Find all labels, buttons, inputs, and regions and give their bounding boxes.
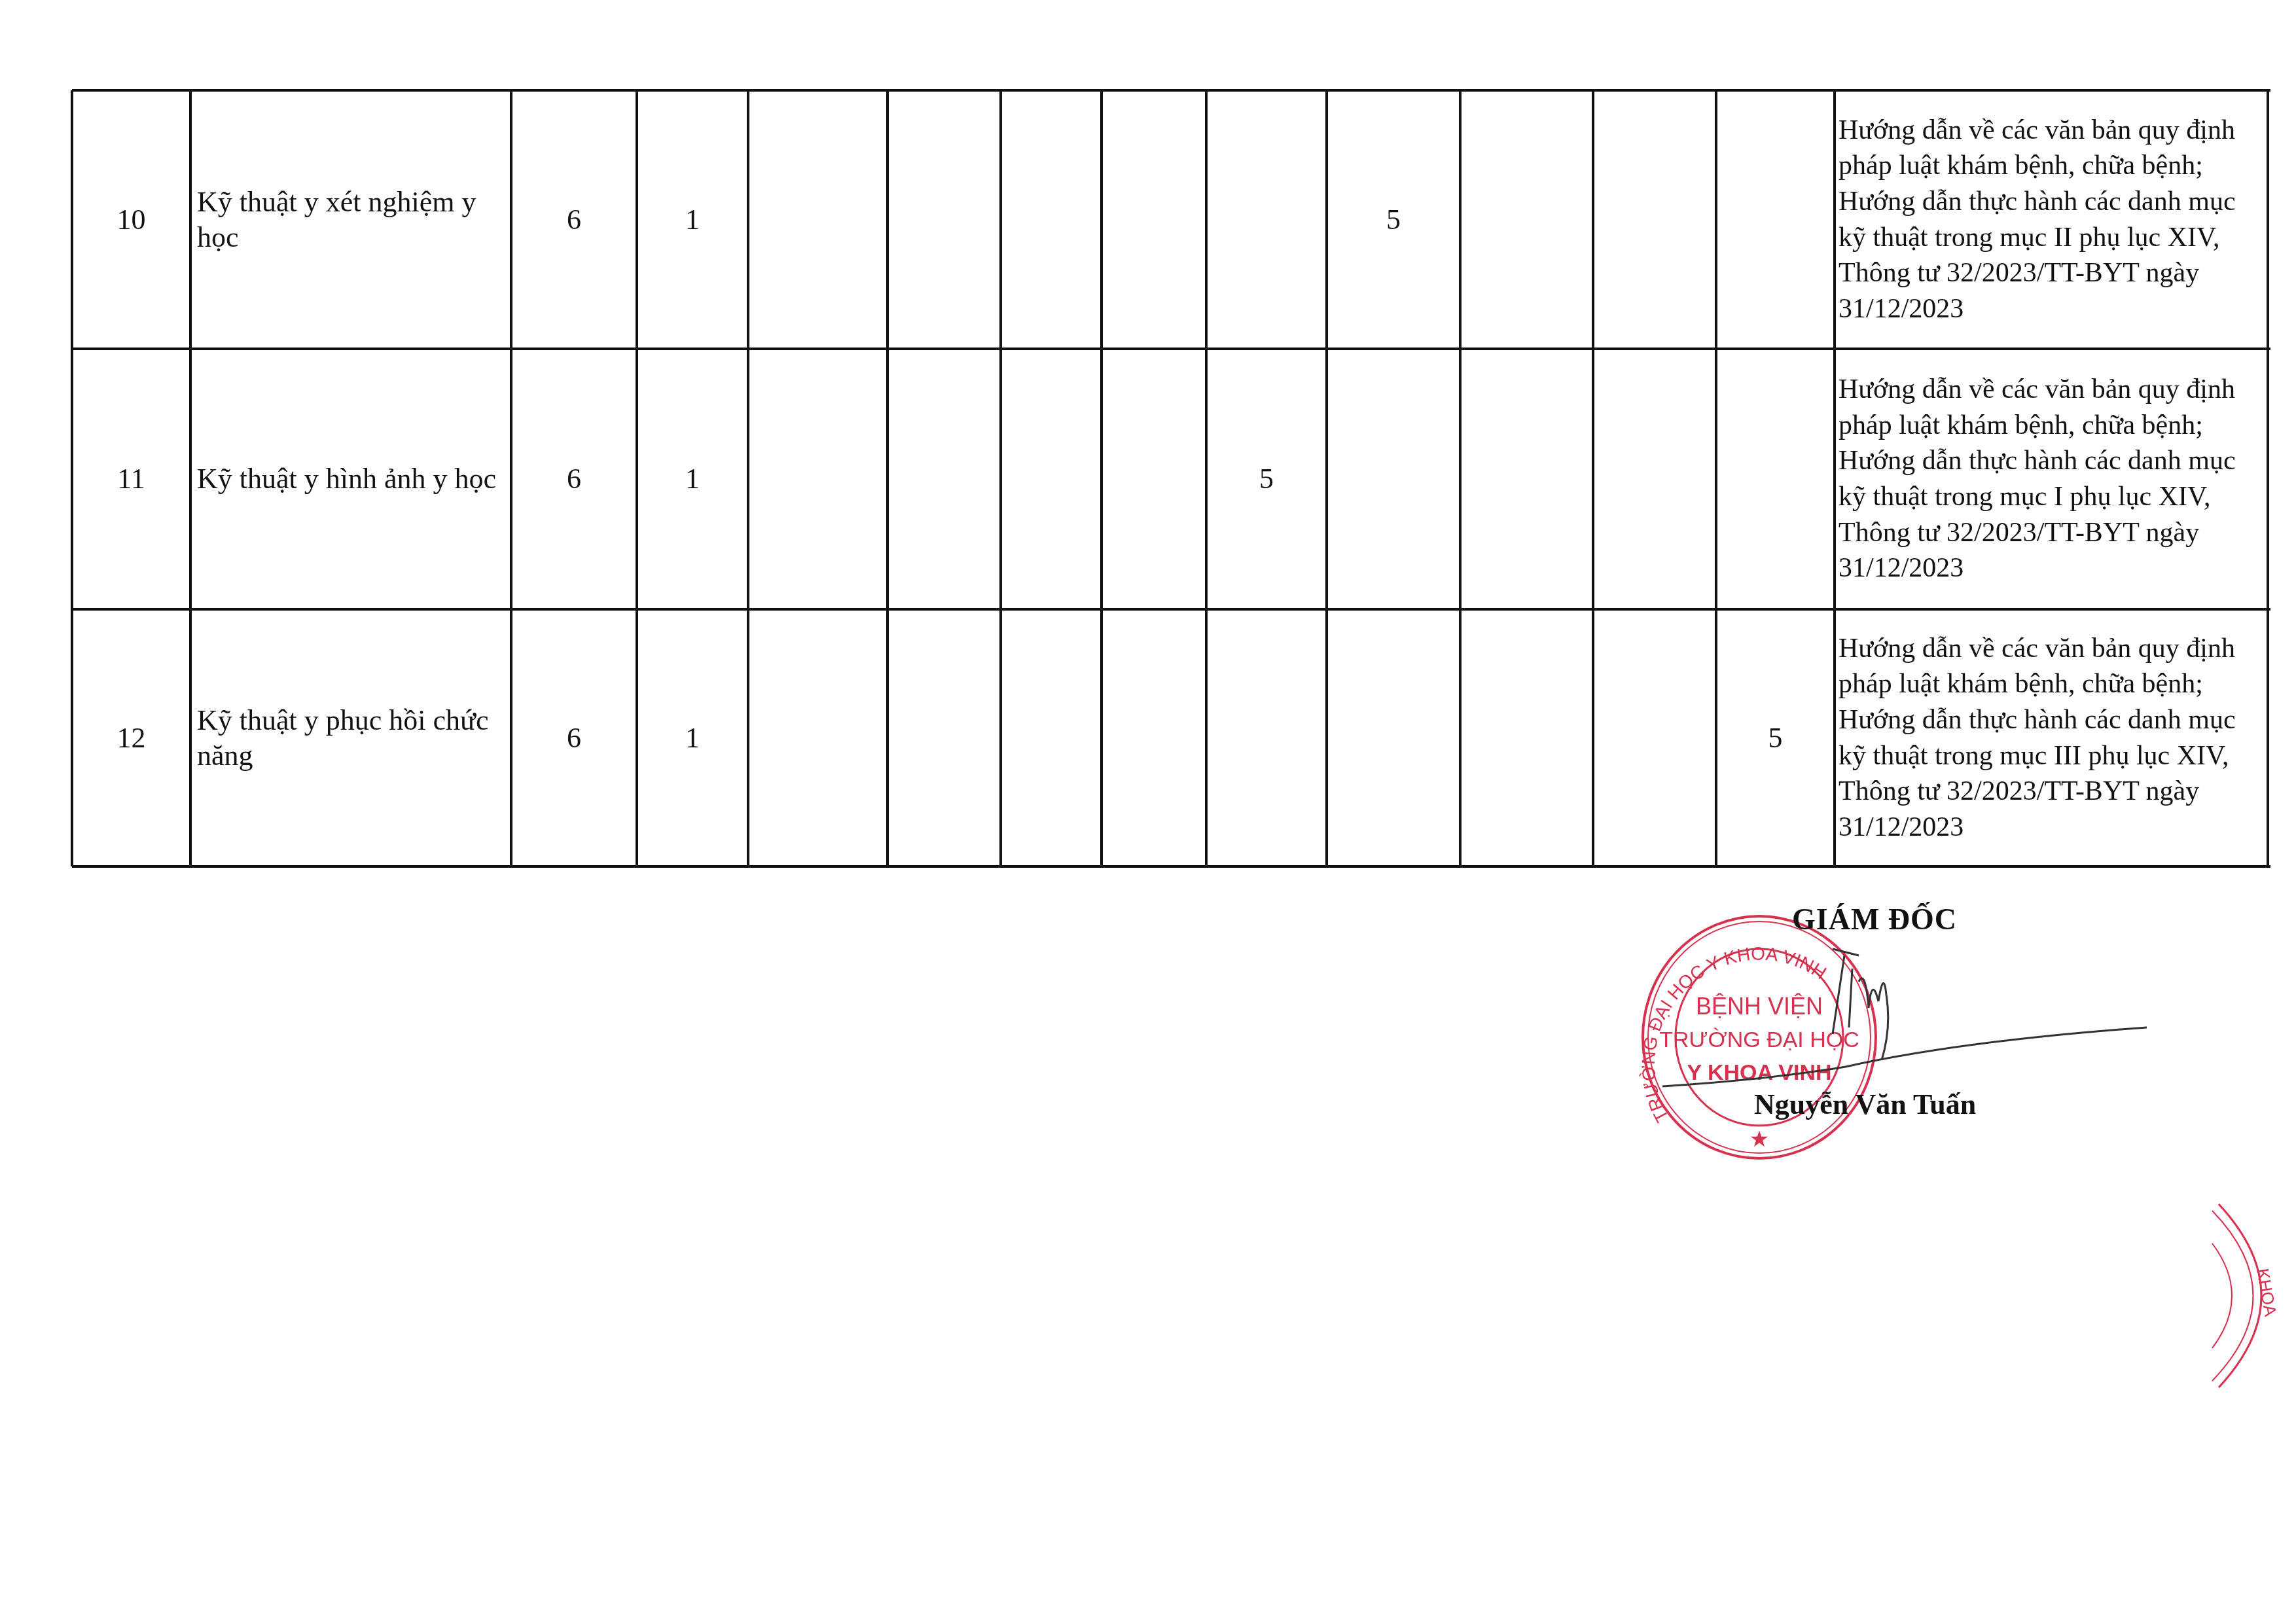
table-column-border <box>886 90 889 866</box>
table-column-border <box>1833 90 1836 866</box>
value-cell <box>1001 349 1102 609</box>
signer-name: Nguyễn Văn Tuấn <box>1754 1088 1976 1121</box>
table-row-border <box>72 348 2270 350</box>
signature-scribble <box>1636 929 2160 1099</box>
value-cell <box>1716 349 1835 609</box>
table-row-border <box>72 89 2270 92</box>
table-column-border <box>510 90 512 866</box>
col-4-value: 1 <box>637 609 748 866</box>
value-cell <box>1206 609 1327 866</box>
table-row-border <box>72 865 2270 868</box>
partial-stamp: KHOA <box>2206 1198 2296 1394</box>
value-cell <box>1593 609 1716 866</box>
table-column-border <box>1592 90 1594 866</box>
notes-cell: Hướng dẫn về các văn bản quy định pháp l… <box>1835 90 2268 349</box>
table-column-border <box>2267 90 2269 866</box>
partial-stamp-text: KHOA <box>2253 1267 2280 1318</box>
technique-name: Kỹ thuật y hình ảnh y học <box>190 349 511 609</box>
signer-title: GIÁM ĐỐC <box>1792 902 1957 936</box>
table-column-border <box>747 90 749 866</box>
value-cell <box>1001 609 1102 866</box>
row-number: 12 <box>72 609 190 866</box>
table-column-border <box>1459 90 1462 866</box>
notes-cell: Hướng dẫn về các văn bản quy định pháp l… <box>1835 349 2268 609</box>
notes-cell: Hướng dẫn về các văn bản quy định pháp l… <box>1835 609 2268 866</box>
technique-name: Kỹ thuật y xét nghiệm y học <box>190 90 511 349</box>
value-cell <box>748 349 888 609</box>
col-4-value: 1 <box>637 349 748 609</box>
star-icon: ★ <box>1749 1126 1769 1152</box>
value-cell <box>1102 609 1206 866</box>
table-column-border <box>189 90 192 866</box>
value-cell <box>888 349 1001 609</box>
col-3-value: 6 <box>511 90 637 349</box>
value-cell <box>1460 609 1593 866</box>
value-cell <box>748 90 888 349</box>
value-cell: 5 <box>1206 349 1327 609</box>
table-column-border <box>1100 90 1103 866</box>
table-row-border <box>72 608 2270 611</box>
table-column-border <box>1325 90 1328 866</box>
value-cell <box>1593 90 1716 349</box>
value-cell <box>888 90 1001 349</box>
value-cell <box>1327 609 1460 866</box>
technique-name: Kỹ thuật y phục hồi chức năng <box>190 609 511 866</box>
row-number: 11 <box>72 349 190 609</box>
table-column-border <box>71 90 73 866</box>
col-3-value: 6 <box>511 349 637 609</box>
col-3-value: 6 <box>511 609 637 866</box>
value-cell <box>1460 349 1593 609</box>
value-cell <box>1206 90 1327 349</box>
value-cell <box>1102 90 1206 349</box>
row-number: 10 <box>72 90 190 349</box>
table-column-border <box>1715 90 1717 866</box>
value-cell <box>1102 349 1206 609</box>
value-cell <box>1327 349 1460 609</box>
value-cell: 5 <box>1716 609 1835 866</box>
value-cell <box>1460 90 1593 349</box>
value-cell <box>1001 90 1102 349</box>
table-column-border <box>1205 90 1208 866</box>
table-column-border <box>636 90 638 866</box>
value-cell <box>888 609 1001 866</box>
value-cell <box>748 609 888 866</box>
value-cell: 5 <box>1327 90 1460 349</box>
col-4-value: 1 <box>637 90 748 349</box>
value-cell <box>1593 349 1716 609</box>
table-column-border <box>999 90 1002 866</box>
value-cell <box>1716 90 1835 349</box>
